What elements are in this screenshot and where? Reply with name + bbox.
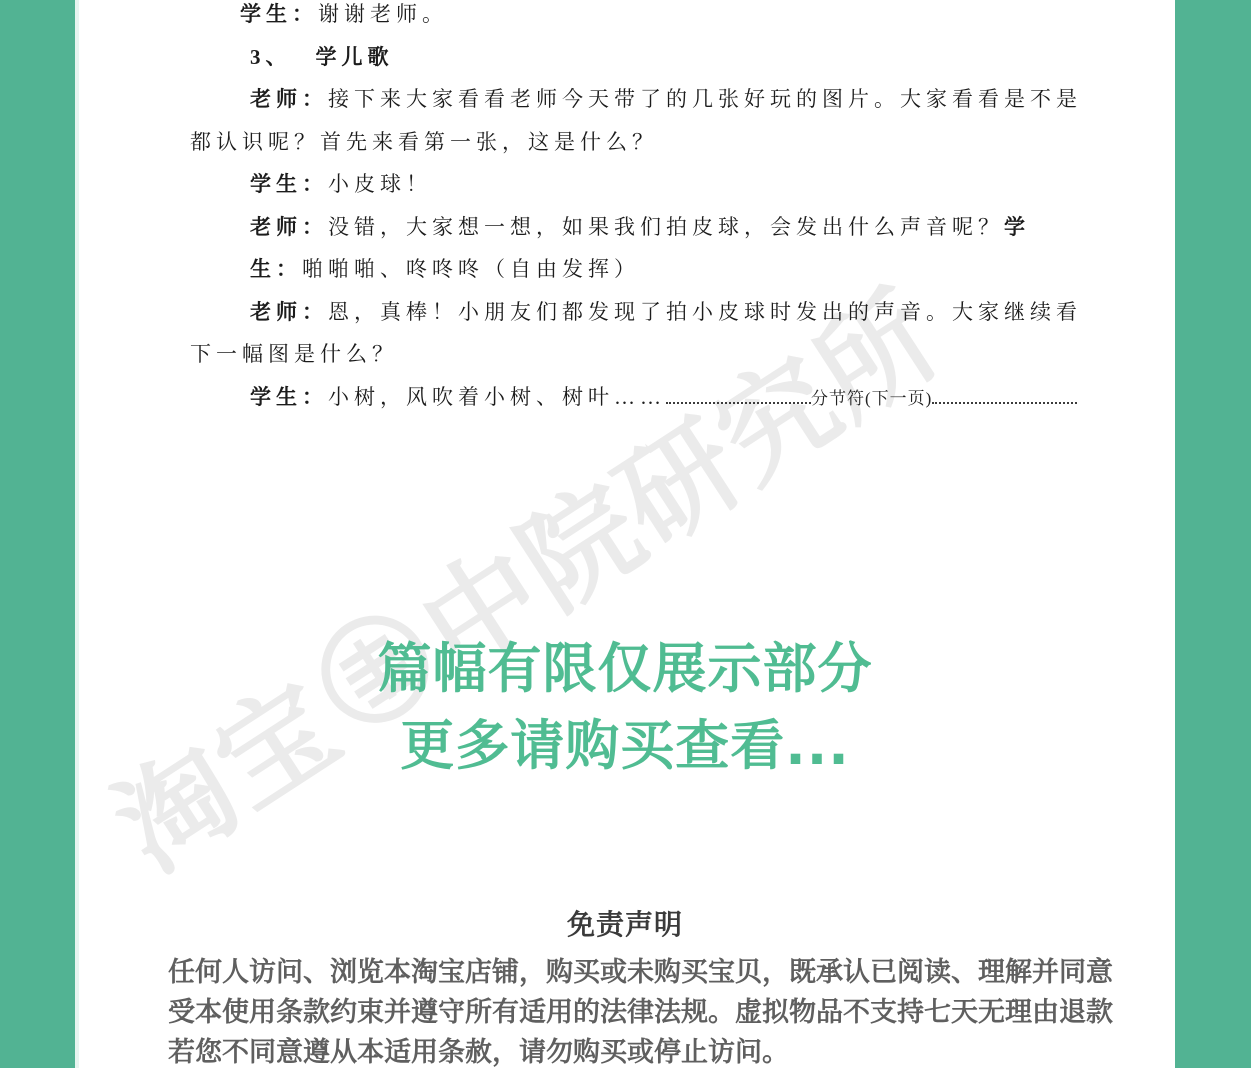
doc-line: 老师：接下来大家看看老师今天带了的几张好玩的图片。大家看看是不是 — [75, 78, 1175, 121]
document-text: 学生：谢谢老师。 3、学儿歌 老师：接下来大家看看老师今天带了的几张好玩的图片。… — [75, 0, 1175, 418]
doc-line-section-break: 学生：小树，风吹着小树、树叶……分节符(下一页) — [75, 376, 1175, 419]
speaker-label: 学生： — [250, 385, 328, 409]
doc-text: 谢谢老师。 — [318, 2, 448, 26]
list-number: 3、 — [250, 45, 292, 69]
heading-text: 学儿歌 — [316, 45, 394, 69]
disclaimer: 免责声明 任何人访问、浏览本淘宝店铺，购买或未购买宝贝，既承认已阅读、理解并同意… — [75, 905, 1175, 1068]
preview-notice-line2: 更多请购买查看... — [75, 707, 1175, 784]
disclaimer-line: 若您不同意遵从本适用条赦，请勿购买或停止访问。 — [75, 1033, 1175, 1068]
speaker-label: 老师： — [250, 87, 328, 111]
doc-line: 生：啪啪啪、咚咚咚（自由发挥） — [75, 248, 1175, 291]
document-preview-page: 淘宝 中院研究所 学生：谢谢老师。 3、学儿歌 老师：接下来大家看看老师今天带了… — [0, 0, 1251, 1068]
disclaimer-line: 任何人访问、浏览本淘宝店铺，购买或未购买宝贝，既承认已阅读、理解并同意 — [75, 953, 1175, 993]
disclaimer-title: 免责声明 — [75, 905, 1175, 945]
doc-line-heading: 3、学儿歌 — [75, 36, 1175, 79]
section-break-label: 分节符(下一页) — [811, 389, 932, 408]
doc-line: 学生：谢谢老师。 — [75, 0, 1175, 36]
doc-line: 老师：没错，大家想一想，如果我们拍皮球，会发出什么声音呢？学 — [75, 206, 1175, 249]
doc-text: 小皮球！ — [328, 172, 432, 196]
doc-text: 没错，大家想一想，如果我们拍皮球，会发出什么声音呢？ — [328, 215, 1004, 239]
disclaimer-line: 受本使用条款约束并遵守所有适用的法律法规。虚拟物品不支持七天无理由退款 — [75, 993, 1175, 1033]
speaker-label: 生： — [250, 257, 302, 281]
doc-line: 老师：恩，真棒！小朋友们都发现了拍小皮球时发出的声音。大家继续看 — [75, 291, 1175, 334]
doc-text: 啪啪啪、咚咚咚（自由发挥） — [302, 257, 640, 281]
doc-text: 小树，风吹着小树、树叶…… — [328, 385, 666, 409]
doc-line: 学生：小皮球！ — [75, 163, 1175, 206]
dotted-leader — [932, 400, 1077, 404]
preview-notice-line1: 篇幅有限仅展示部分 — [75, 630, 1175, 707]
doc-text: 下一幅图是什么？ — [190, 342, 398, 366]
doc-text: 接下来大家看看老师今天带了的几张好玩的图片。大家看看是不是 — [328, 87, 1082, 111]
speaker-label: 学生： — [250, 172, 328, 196]
doc-text: 都认识呢？首先来看第一张，这是什么？ — [190, 130, 658, 154]
speaker-label: 学 — [1004, 215, 1030, 239]
speaker-label: 老师： — [250, 300, 328, 324]
dotted-leader — [666, 400, 811, 404]
doc-line: 下一幅图是什么？ — [75, 333, 1175, 376]
right-green-bar — [1175, 0, 1251, 1068]
doc-line: 都认识呢？首先来看第一张，这是什么？ — [75, 121, 1175, 164]
doc-text: 恩，真棒！小朋友们都发现了拍小皮球时发出的声音。大家继续看 — [328, 300, 1082, 324]
speaker-label: 老师： — [250, 215, 328, 239]
speaker-label: 学生： — [240, 2, 318, 26]
left-green-bar — [0, 0, 79, 1068]
preview-notice: 篇幅有限仅展示部分 更多请购买查看... — [75, 630, 1175, 784]
